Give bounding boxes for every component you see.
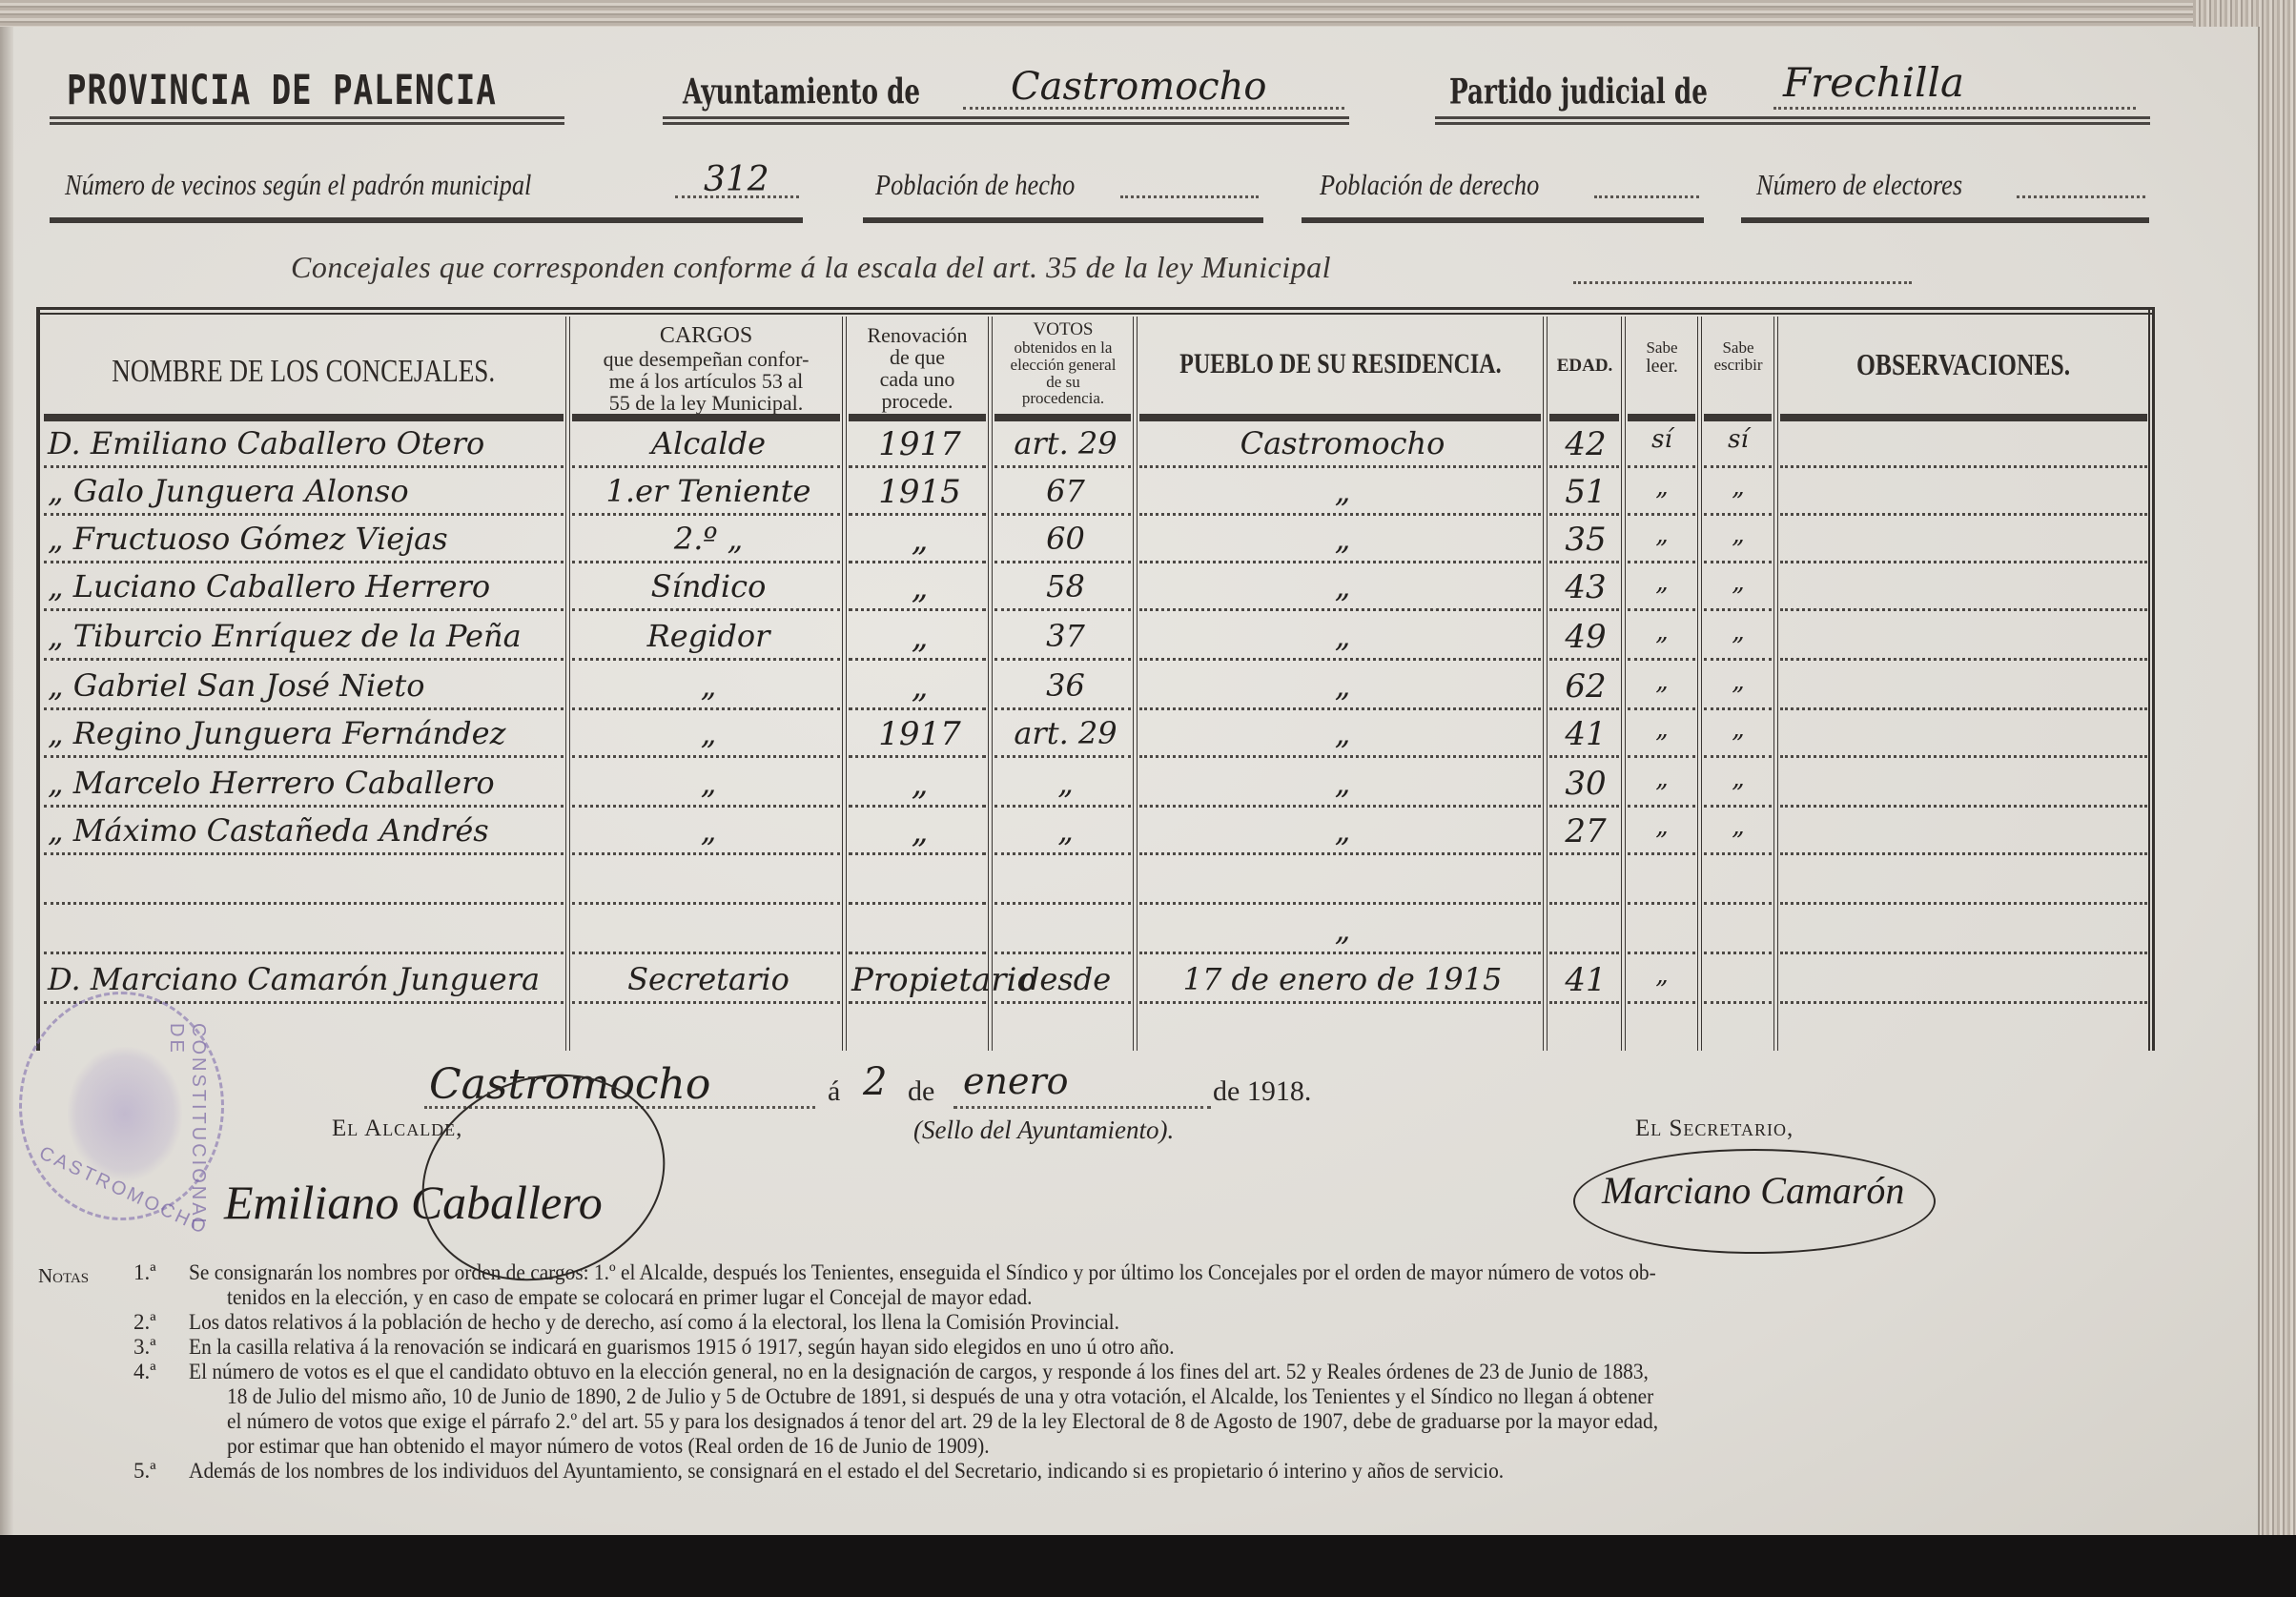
row-dotted-rule — [1628, 1001, 1695, 1004]
cell-edad: 51 — [1550, 473, 1621, 511]
row-dotted-rule — [572, 513, 840, 516]
row-dotted-rule — [1139, 952, 1541, 954]
secretario-signature-flourish — [1573, 1149, 1936, 1254]
cell-renovacion: 1915 — [851, 473, 988, 511]
row-dotted-rule — [1704, 561, 1772, 563]
row-dotted-rule — [44, 852, 564, 855]
cell-pueblo: „ — [1142, 521, 1543, 557]
row-dotted-rule — [1628, 755, 1695, 758]
header-escribir-text: Sabe — [1701, 339, 1775, 357]
cell-cargo: Síndico — [575, 568, 842, 604]
cell-votos: „ — [997, 812, 1134, 849]
cell-cargo: 1.er Teniente — [575, 473, 842, 509]
header-rule — [994, 414, 1131, 421]
row-dotted-rule — [1704, 1001, 1772, 1004]
row-dotted-rule — [1549, 707, 1619, 710]
row-dotted-rule — [1139, 561, 1541, 563]
header-observaciones-text: OBSERVACIONES. — [1856, 349, 2070, 381]
row-dotted-rule — [849, 465, 986, 468]
row-dotted-rule — [572, 1001, 840, 1004]
col-divider — [842, 317, 847, 1051]
derecho-rule — [1302, 217, 1704, 223]
header-leer-text: Sabe — [1625, 339, 1699, 357]
row-dotted-rule — [1628, 707, 1695, 710]
cell-votos: 37 — [997, 618, 1134, 654]
row-dotted-rule — [1780, 805, 2147, 808]
row-dotted-rule — [994, 755, 1131, 758]
row-dotted-rule — [1704, 805, 1772, 808]
row-dotted-rule — [1704, 465, 1772, 468]
cell-renovacion: 1917 — [851, 715, 988, 753]
cell-nombre: „ Marcelo Herrero Caballero — [48, 765, 563, 801]
cell-escribir: „ — [1703, 765, 1773, 793]
municipal-seal: CONSTITUCIONAL DE CASTROMOCHO — [19, 992, 224, 1220]
note-line: Se consignarán los nombres por orden de … — [189, 1260, 1656, 1285]
row-dotted-rule — [1549, 465, 1619, 468]
row-dotted-rule — [1780, 902, 2147, 905]
cell-pueblo: Castromocho — [1142, 425, 1543, 461]
derecho-dotted-line — [1594, 195, 1699, 198]
header-votos-text: procedencia. — [993, 390, 1134, 407]
hecho-dotted-line — [1120, 195, 1259, 198]
row-dotted-rule — [1780, 952, 2147, 954]
row-dotted-rule — [1139, 608, 1541, 611]
cell-edad: 49 — [1550, 618, 1621, 656]
cell-votos: „ — [997, 765, 1134, 801]
cell-nombre: „ Luciano Caballero Herrero — [48, 568, 563, 604]
row-dotted-rule — [849, 658, 986, 661]
row-dotted-rule — [1549, 952, 1619, 954]
header-votos-title: VOTOS — [993, 320, 1134, 339]
row-dotted-rule — [849, 755, 986, 758]
row-dotted-rule — [1139, 1001, 1541, 1004]
cell-escribir: „ — [1703, 667, 1773, 696]
header-pueblo-text: PUEBLO DE SU RESIDENCIA. — [1179, 349, 1501, 379]
cell-edad: 42 — [1550, 425, 1621, 463]
cell-edad: 41 — [1550, 715, 1621, 753]
cell-pueblo: „ — [1142, 667, 1543, 704]
header-cargos-sub: 55 de la ley Municipal. — [570, 392, 842, 414]
partido-dotted-line — [1773, 107, 2136, 110]
note-number: 4.ª — [133, 1360, 156, 1384]
cell-leer: „ — [1627, 765, 1697, 793]
concejales-table: NOMBRE DE LOS CONCEJALES. CARGOS que des… — [36, 307, 2155, 1051]
cell-nombre: D. Emiliano Caballero Otero — [48, 425, 563, 461]
row-dotted-rule — [572, 465, 840, 468]
row-dotted-rule — [44, 465, 564, 468]
cell-nombre: „ Tiburcio Enríquez de la Peña — [48, 618, 563, 654]
cell-cargo: „ — [575, 812, 842, 849]
row-dotted-rule — [994, 707, 1131, 710]
col-divider — [1543, 317, 1548, 1051]
note-line: El número de votos es el que el candidat… — [189, 1360, 1649, 1384]
vecinos-rule — [50, 217, 803, 223]
header-escribir-text: escribir — [1701, 357, 1775, 374]
row-dotted-rule — [1139, 902, 1541, 905]
row-dotted-rule — [849, 707, 986, 710]
vecinos-value: 312 — [704, 160, 769, 199]
row-dotted-rule — [849, 902, 986, 905]
row-dotted-rule — [994, 465, 1131, 468]
col-divider — [988, 317, 993, 1051]
row-dotted-rule — [44, 952, 564, 954]
row-dotted-rule — [572, 805, 840, 808]
row-dotted-rule — [1139, 513, 1541, 516]
header-votos-text: obtenidos en la — [993, 339, 1134, 357]
row-dotted-rule — [1780, 755, 2147, 758]
row-dotted-rule — [1549, 1001, 1619, 1004]
cell-edad: 43 — [1550, 568, 1621, 606]
cell-escribir: sí — [1703, 425, 1773, 454]
hecho-label: Población de hecho — [875, 168, 1075, 202]
row-dotted-rule — [1704, 952, 1772, 954]
table-left-border — [36, 307, 40, 1051]
row-dotted-rule — [849, 952, 986, 954]
cell-leer: „ — [1627, 812, 1697, 841]
row-dotted-rule — [572, 952, 840, 954]
cell-escribir: „ — [1703, 473, 1773, 502]
row-dotted-rule — [1628, 561, 1695, 563]
header-rule — [1549, 414, 1619, 421]
col-divider — [1773, 317, 1778, 1051]
date-year: de 1918. — [1213, 1075, 1311, 1108]
header-rule — [1139, 414, 1541, 421]
header-renovacion-text: Renovación — [847, 324, 988, 346]
cell-renovacion: „ — [851, 765, 988, 803]
row-dotted-rule — [1628, 805, 1695, 808]
cell-renovacion: Propietario — [851, 961, 988, 999]
cell-pueblo: „ — [1142, 715, 1543, 751]
header-cargos-sub: me á los artículos 53 al — [570, 370, 842, 392]
date-month: enero — [963, 1060, 1069, 1102]
header-renovacion-text: procede. — [847, 390, 988, 412]
row-dotted-rule — [1628, 952, 1695, 954]
cell-edad: 35 — [1550, 521, 1621, 559]
row-dotted-rule — [1780, 561, 2147, 563]
header-votos: VOTOS obtenidos en la elección general d… — [993, 320, 1134, 407]
note-line: 18 de Julio del mismo año, 10 de Junio d… — [227, 1384, 1653, 1409]
row-dotted-rule — [572, 608, 840, 611]
cell-leer: „ — [1627, 473, 1697, 502]
header-sabe-escribir: Sabe escribir — [1701, 339, 1775, 374]
note-number: 1.ª — [133, 1260, 156, 1285]
cell-votos: 60 — [997, 521, 1134, 557]
header-rule — [1780, 414, 2147, 421]
note-line: tenidos en la elección, y en caso de emp… — [227, 1285, 1033, 1310]
row-dotted-rule — [849, 1001, 986, 1004]
cell-leer: „ — [1627, 715, 1697, 744]
header-edad: EDAD. — [1547, 357, 1623, 376]
row-dotted-rule — [1704, 902, 1772, 905]
header-pueblo: PUEBLO DE SU RESIDENCIA. — [1138, 349, 1543, 379]
concejales-label: Concejales que corresponden conforme á l… — [291, 250, 1331, 285]
row-dotted-rule — [1139, 707, 1541, 710]
row-dotted-rule — [994, 805, 1131, 808]
header-votos-text: de su — [993, 374, 1134, 391]
row-dotted-rule — [1704, 852, 1772, 855]
cell-votos: 58 — [997, 568, 1134, 604]
row-dotted-rule — [44, 902, 564, 905]
row-dotted-rule — [994, 1001, 1131, 1004]
row-dotted-rule — [994, 852, 1131, 855]
province-rule — [50, 116, 564, 125]
cell-nombre: „ Galo Junguera Alonso — [48, 473, 563, 509]
row-dotted-rule — [1704, 707, 1772, 710]
cell-nombre: „ Gabriel San José Nieto — [48, 667, 563, 704]
note-number: 2.ª — [133, 1310, 156, 1335]
row-dotted-rule — [994, 658, 1131, 661]
header-rule — [1704, 414, 1772, 421]
row-dotted-rule — [1704, 513, 1772, 516]
cell-cargo: Alcalde — [575, 425, 842, 461]
cell-pueblo: „ — [1142, 765, 1543, 801]
book-shadow — [0, 1535, 2296, 1597]
row-dotted-rule — [44, 755, 564, 758]
cell-pueblo: „ — [1142, 473, 1543, 509]
row-dotted-rule — [1549, 852, 1619, 855]
partido-value: Frechilla — [1783, 59, 1964, 106]
row-dotted-rule — [1780, 608, 2147, 611]
cell-leer: „ — [1627, 521, 1697, 549]
cell-edad: 27 — [1550, 812, 1621, 850]
row-dotted-rule — [1139, 658, 1541, 661]
header-cargos-sub: que desempeñan confor- — [570, 348, 842, 370]
header-renovacion: Renovación de que cada uno procede. — [847, 324, 988, 412]
cell-escribir: „ — [1703, 715, 1773, 744]
cell-cargo: Secretario — [575, 961, 842, 997]
cell-renovacion: „ — [851, 568, 988, 606]
row-dotted-rule — [44, 707, 564, 710]
cell-escribir: „ — [1703, 618, 1773, 646]
row-dotted-rule — [572, 707, 840, 710]
note-number: 3.ª — [133, 1335, 156, 1360]
cell-renovacion: „ — [851, 667, 988, 706]
cell-leer: „ — [1627, 568, 1697, 597]
secretario-label: El Secretario, — [1635, 1116, 1794, 1142]
header-votos-text: elección general — [993, 357, 1134, 374]
electores-label: Número de electores — [1756, 168, 1962, 202]
header-rule — [849, 414, 986, 421]
header-rule — [1628, 414, 1695, 421]
cell-pueblo: „ — [1142, 568, 1543, 604]
row-dotted-rule — [572, 902, 840, 905]
row-dotted-rule — [44, 805, 564, 808]
row-dotted-rule — [1704, 658, 1772, 661]
cell-cargo: 2.º „ — [575, 521, 842, 557]
cell-leer: „ — [1627, 667, 1697, 696]
electores-rule — [1741, 217, 2149, 223]
note-line: Los datos relativos á la población de he… — [189, 1310, 1119, 1335]
cell-votos: 67 — [997, 473, 1134, 509]
date-de: de — [908, 1075, 934, 1108]
row-dotted-rule — [1139, 805, 1541, 808]
page-gutter — [0, 27, 13, 1543]
row-dotted-rule — [1780, 1001, 2147, 1004]
row-dotted-rule — [1549, 755, 1619, 758]
cell-votos: desde — [997, 961, 1134, 997]
cell-escribir: „ — [1703, 521, 1773, 549]
row-dotted-rule — [1549, 608, 1619, 611]
row-dotted-rule — [994, 952, 1131, 954]
cell-nombre: „ Regino Junguera Fernández — [48, 715, 563, 751]
table-right-border — [2148, 307, 2155, 1051]
table-top-border — [36, 307, 2155, 315]
row-dotted-rule — [44, 658, 564, 661]
note-line: por estimar que han obtenido el mayor nú… — [227, 1434, 990, 1459]
date-day: 2 — [863, 1060, 887, 1104]
header-rule — [572, 414, 840, 421]
row-dotted-rule — [1780, 658, 2147, 661]
vecinos-label: Número de vecinos según el padrón munici… — [65, 168, 531, 202]
concejales-dotted-line — [1573, 281, 1912, 284]
seal-text-right: CONSTITUCIONAL DE — [165, 1023, 209, 1231]
cell-cargo: Regidor — [575, 618, 842, 654]
header-sabe-leer: Sabe leer. — [1625, 339, 1699, 377]
cell-renovacion: „ — [851, 521, 988, 559]
cell-pueblo: „ — [1142, 911, 1543, 948]
sello-label: (Sello del Ayuntamiento). — [913, 1116, 1174, 1145]
cell-votos: 36 — [997, 667, 1134, 704]
row-dotted-rule — [994, 902, 1131, 905]
row-dotted-rule — [1628, 513, 1695, 516]
row-dotted-rule — [1704, 608, 1772, 611]
row-dotted-rule — [44, 513, 564, 516]
cell-nombre: „ Máximo Castañeda Andrés — [48, 812, 563, 849]
row-dotted-rule — [1549, 902, 1619, 905]
header-renovacion-text: cada uno — [847, 368, 988, 390]
header-nombre-text: NOMBRE DE LOS CONCEJALES. — [112, 355, 495, 389]
cell-votos: art. 29 — [997, 715, 1134, 751]
cell-escribir: „ — [1703, 812, 1773, 841]
row-dotted-rule — [1628, 608, 1695, 611]
cell-leer: „ — [1627, 618, 1697, 646]
col-divider — [1621, 317, 1626, 1051]
cell-cargo: „ — [575, 715, 842, 751]
row-dotted-rule — [849, 513, 986, 516]
row-dotted-rule — [1549, 561, 1619, 563]
cell-edad: 30 — [1550, 765, 1621, 803]
row-dotted-rule — [1549, 513, 1619, 516]
row-dotted-rule — [1704, 755, 1772, 758]
cell-pueblo: 17 de enero de 1915 — [1142, 961, 1543, 997]
cell-leer: „ — [1627, 961, 1697, 990]
row-dotted-rule — [849, 608, 986, 611]
row-dotted-rule — [44, 561, 564, 563]
row-dotted-rule — [1139, 755, 1541, 758]
cell-pueblo: „ — [1142, 618, 1543, 654]
hecho-rule — [863, 217, 1263, 223]
cell-renovacion: 1917 — [851, 425, 988, 463]
row-dotted-rule — [572, 561, 840, 563]
row-dotted-rule — [1780, 465, 2147, 468]
cell-votos: art. 29 — [997, 425, 1134, 461]
cell-edad: 41 — [1550, 961, 1621, 999]
cell-leer: sí — [1627, 425, 1697, 454]
header-edad-text: EDAD. — [1557, 356, 1613, 376]
col-divider — [565, 317, 570, 1051]
cell-escribir: „ — [1703, 568, 1773, 597]
row-dotted-rule — [1628, 465, 1695, 468]
row-dotted-rule — [994, 608, 1131, 611]
row-dotted-rule — [1780, 707, 2147, 710]
header-nombre: NOMBRE DE LOS CONCEJALES. — [44, 355, 564, 389]
row-dotted-rule — [849, 852, 986, 855]
cell-renovacion: „ — [851, 618, 988, 656]
row-dotted-rule — [44, 608, 564, 611]
row-dotted-rule — [994, 561, 1131, 563]
note-line: el número de votos que exige el párrafo … — [227, 1409, 1658, 1434]
row-dotted-rule — [1628, 902, 1695, 905]
row-dotted-rule — [1139, 852, 1541, 855]
row-dotted-rule — [1549, 805, 1619, 808]
partido-rule — [1435, 116, 2150, 125]
row-dotted-rule — [849, 805, 986, 808]
derecho-label: Población de derecho — [1320, 168, 1539, 202]
header-renovacion-text: de que — [847, 346, 988, 368]
province-title: PROVINCIA DE PALENCIA — [67, 67, 497, 114]
row-dotted-rule — [572, 755, 840, 758]
cell-cargo: „ — [575, 667, 842, 704]
cell-edad: 62 — [1550, 667, 1621, 706]
header-cargos-title: CARGOS — [570, 324, 842, 348]
partido-label: Partido judicial de — [1449, 71, 1708, 113]
row-dotted-rule — [572, 852, 840, 855]
date-month-dots — [953, 1106, 1211, 1109]
ayuntamiento-value: Castromocho — [1011, 65, 1267, 109]
cell-cargo: „ — [575, 765, 842, 801]
col-divider — [1697, 317, 1702, 1051]
header-rule — [44, 414, 564, 421]
row-dotted-rule — [1628, 852, 1695, 855]
header-leer-text: leer. — [1625, 357, 1699, 377]
notes-label: Notas — [38, 1264, 89, 1288]
note-line: En la casilla relativa á la renovación s… — [189, 1335, 1175, 1360]
cell-renovacion: „ — [851, 812, 988, 850]
row-dotted-rule — [1549, 658, 1619, 661]
header-observaciones: OBSERVACIONES. — [1777, 349, 2149, 381]
ayuntamiento-rule — [663, 116, 1349, 125]
electores-dotted-line — [2017, 195, 2145, 198]
header-cargos: CARGOS que desempeñan confor- me á los a… — [570, 324, 842, 414]
row-dotted-rule — [1139, 465, 1541, 468]
cell-pueblo: „ — [1142, 812, 1543, 849]
row-dotted-rule — [849, 561, 986, 563]
row-dotted-rule — [994, 513, 1131, 516]
note-number: 5.ª — [133, 1459, 156, 1484]
row-dotted-rule — [1780, 852, 2147, 855]
date-a: á — [828, 1075, 840, 1108]
ayuntamiento-label: Ayuntamiento de — [683, 71, 920, 113]
cell-nombre: „ Fructuoso Gómez Viejas — [48, 521, 563, 557]
row-dotted-rule — [1628, 658, 1695, 661]
row-dotted-rule — [1780, 513, 2147, 516]
row-dotted-rule — [572, 658, 840, 661]
note-line: Además de los nombres de los individuos … — [189, 1459, 1504, 1484]
